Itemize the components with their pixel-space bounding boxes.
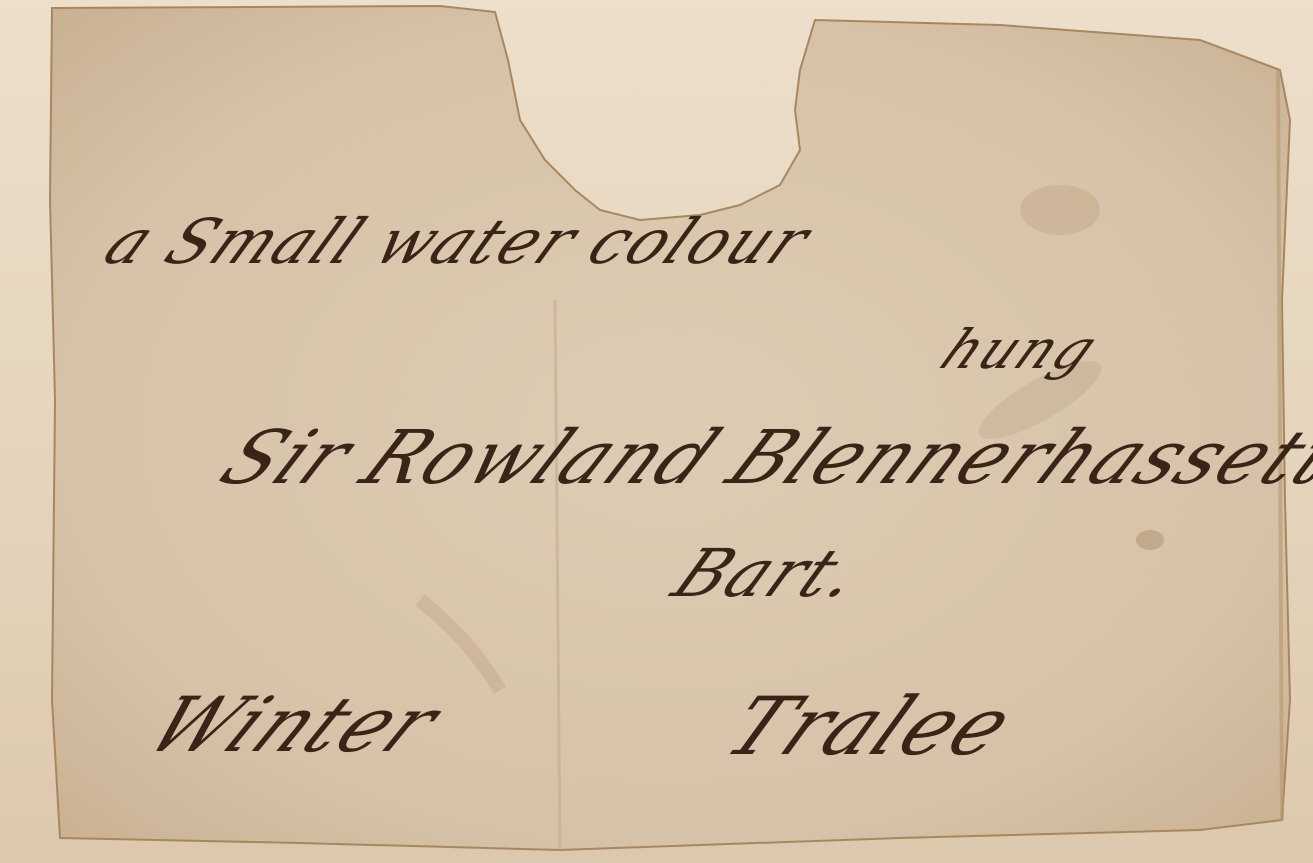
destination-town: Tralee	[710, 680, 1031, 773]
address-line-1: a Small water colour	[92, 205, 825, 278]
frank-signature: Winter	[130, 680, 460, 769]
recipient-name: Sir Rowland Blennerhassett	[205, 415, 1313, 501]
